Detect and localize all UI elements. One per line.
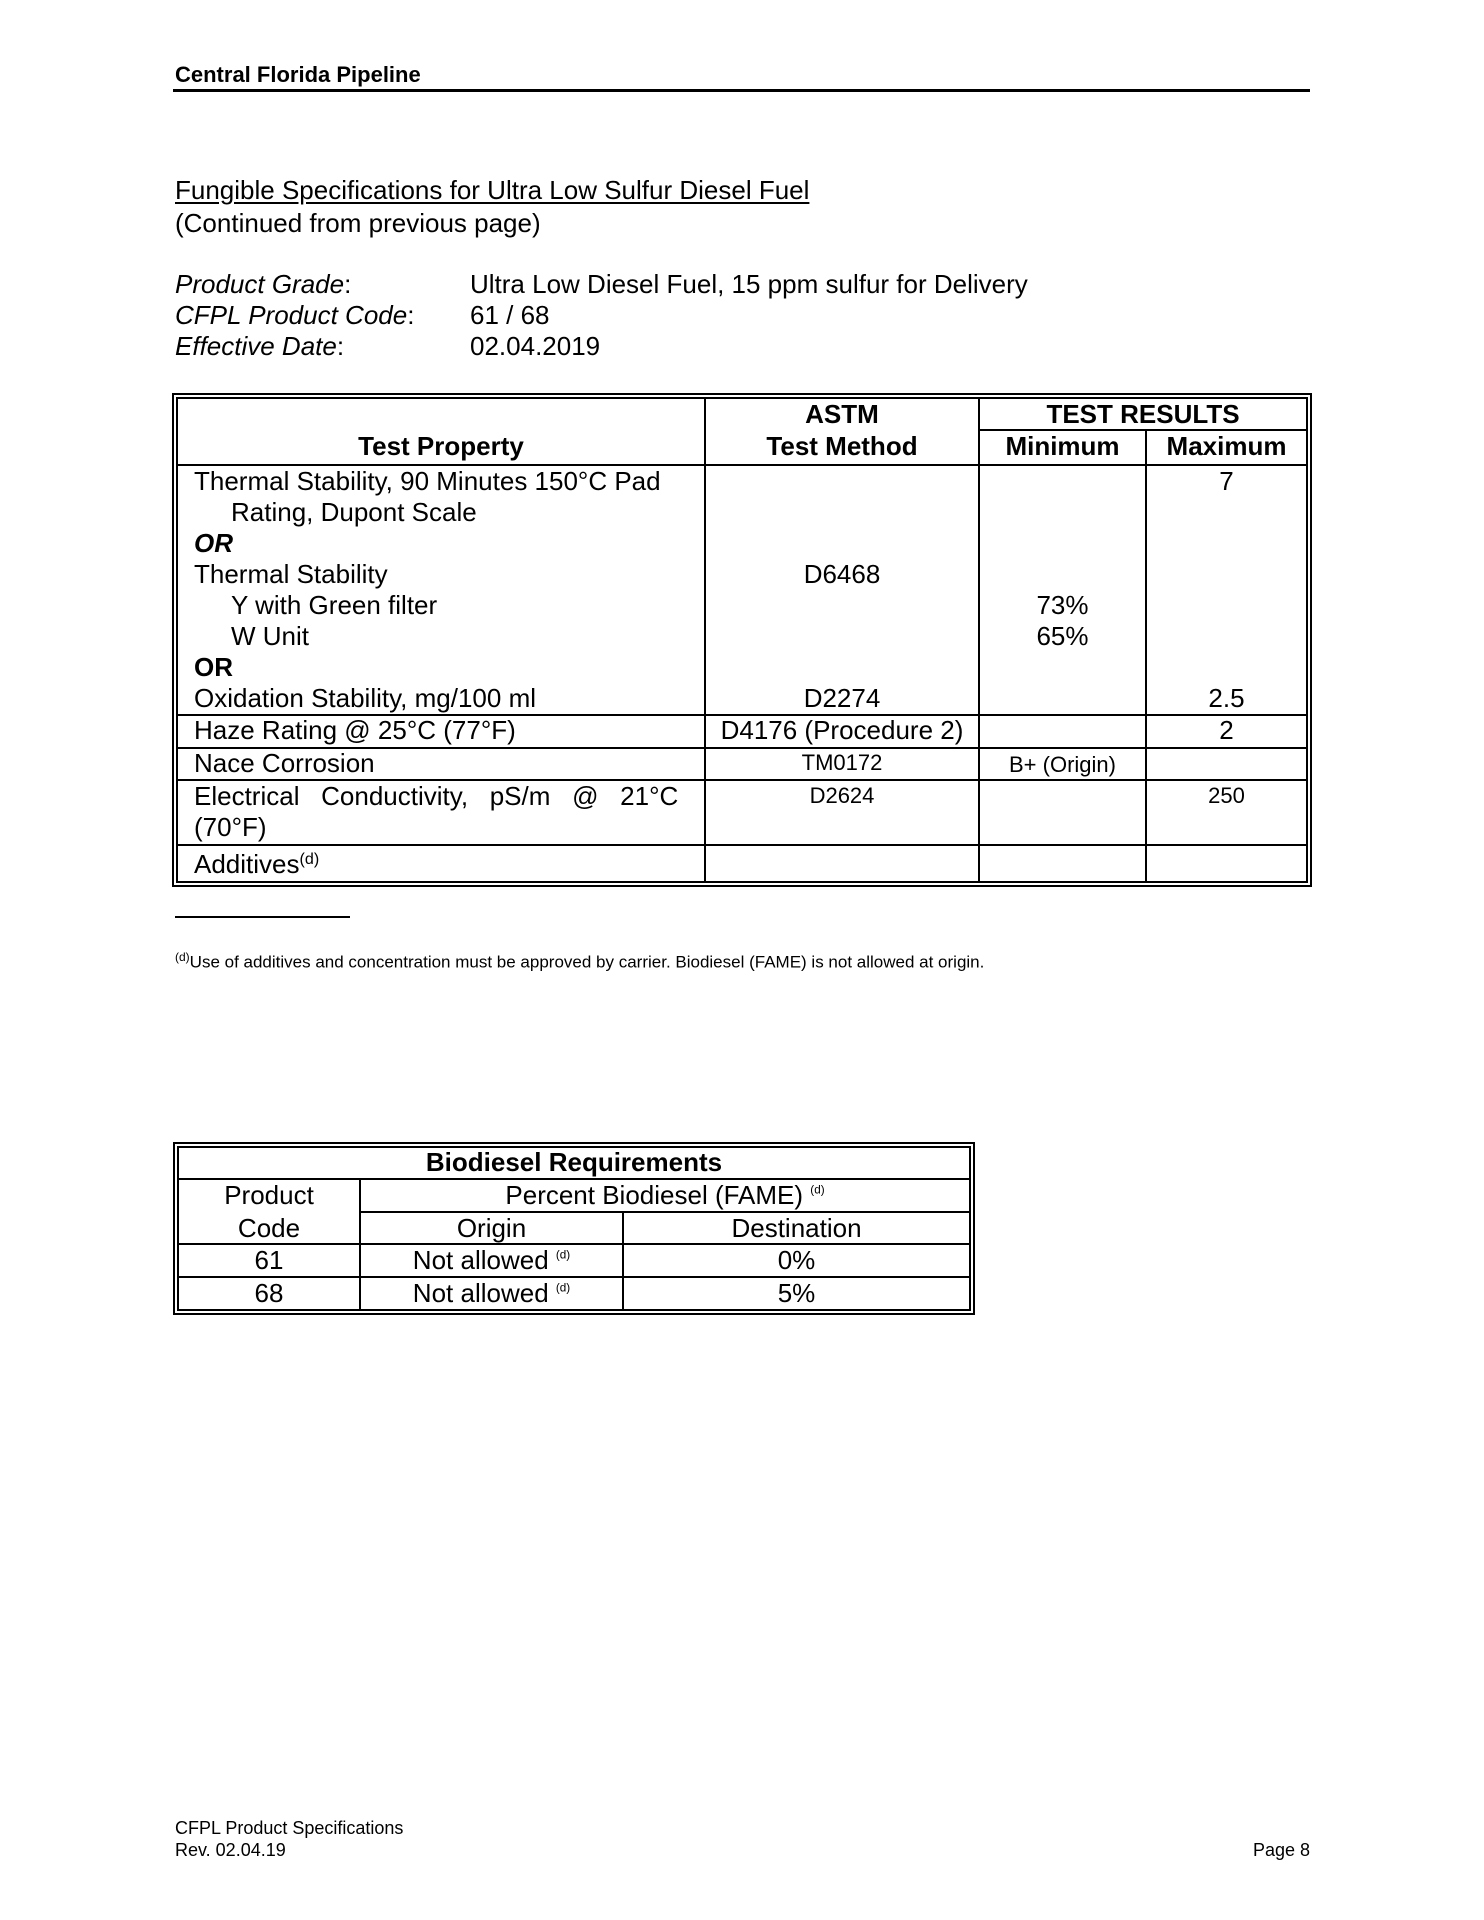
- property-text: W Unit: [231, 621, 309, 652]
- footnote: (d)Use of additives and concentration mu…: [175, 950, 984, 973]
- header-test-results: TEST RESULTS: [980, 399, 1306, 430]
- table-border: [173, 1313, 975, 1315]
- header-text: Percent Biodiesel (FAME): [505, 1180, 803, 1210]
- page-number: Page 8: [1250, 1840, 1310, 1861]
- property-text: Y with Green filter: [231, 590, 437, 621]
- header-rule: [173, 89, 1310, 92]
- meta-value: Ultra Low Diesel Fuel, 15 ppm sulfur for…: [470, 269, 1028, 300]
- maximum-value: 7: [1147, 466, 1306, 497]
- footnote-ref: (d): [300, 850, 320, 868]
- column-divider: [1145, 430, 1147, 883]
- table-border: [172, 393, 1312, 395]
- origin-value: Not allowed (d): [361, 1245, 622, 1276]
- header-maximum: Maximum: [1147, 431, 1306, 462]
- method-value: D6468: [706, 559, 978, 590]
- footnote-ref: (d): [810, 1183, 824, 1196]
- property-text: Rating, Dupont Scale: [231, 497, 477, 528]
- table-border: [973, 1142, 975, 1315]
- destination-value: 5%: [624, 1278, 969, 1309]
- origin-text: Not allowed: [413, 1278, 549, 1308]
- footnote-ref: (d): [556, 1281, 570, 1294]
- property-text: (70°F): [194, 812, 267, 843]
- company-header: Central Florida Pipeline: [175, 62, 421, 88]
- method-value: TM0172: [706, 747, 978, 778]
- minimum-value: 65%: [980, 621, 1145, 652]
- property-text: Electrical Conductivity, pS/m @ 21°C: [194, 781, 694, 812]
- product-code: 61: [179, 1245, 359, 1276]
- destination-value: 0%: [624, 1245, 969, 1276]
- meta-value: 61 / 68: [470, 300, 550, 331]
- header-astm: ASTM: [706, 399, 978, 430]
- document-title: Fungible Specifications for Ultra Low Su…: [175, 175, 809, 206]
- header-test-property: Test Property: [178, 431, 704, 462]
- method-value: D4176 (Procedure 2): [706, 715, 978, 746]
- or-separator: OR: [194, 652, 233, 683]
- minimum-value: B+ (Origin): [980, 749, 1145, 780]
- method-value: D2624: [706, 780, 978, 811]
- header-test-method: Test Method: [706, 431, 978, 462]
- row-divider: [176, 844, 1308, 846]
- or-separator: OR: [194, 528, 233, 559]
- property-text: Thermal Stability: [194, 559, 388, 590]
- biodiesel-title: Biodiesel Requirements: [179, 1147, 969, 1178]
- property-additives: Additives(d): [194, 849, 319, 880]
- document-subtitle: (Continued from previous page): [175, 208, 541, 239]
- header-percent-biodiesel: Percent Biodiesel (FAME) (d): [361, 1180, 969, 1211]
- table-border: [172, 885, 1312, 887]
- table-border: [176, 397, 178, 883]
- header-minimum: Minimum: [980, 431, 1145, 462]
- footnote-text: Use of additives and concentration must …: [190, 953, 985, 972]
- property-text: Oxidation Stability, mg/100 ml: [194, 683, 536, 714]
- origin-value: Not allowed (d): [361, 1278, 622, 1309]
- table-border: [176, 881, 1308, 883]
- property-text: Thermal Stability, 90 Minutes 150°C Pad: [194, 466, 661, 497]
- product-code: 68: [179, 1278, 359, 1309]
- table-border: [1310, 393, 1312, 887]
- footnote-ref: (d): [556, 1248, 570, 1261]
- meta-value: 02.04.2019: [470, 331, 600, 362]
- header-code: Code: [179, 1213, 359, 1244]
- table-border: [172, 393, 174, 887]
- table-border: [1306, 397, 1308, 883]
- header-product: Product: [179, 1180, 359, 1211]
- maximum-value: 2.5: [1147, 683, 1306, 714]
- maximum-value: 2: [1147, 715, 1306, 746]
- table-border: [173, 1142, 975, 1144]
- minimum-value: 73%: [980, 590, 1145, 621]
- table-border: [177, 1309, 971, 1311]
- meta-label: Product Grade: [175, 269, 344, 299]
- header-destination: Destination: [624, 1213, 969, 1244]
- footnote-rule: [175, 916, 350, 918]
- header-origin: Origin: [361, 1213, 622, 1244]
- table-border: [969, 1146, 971, 1311]
- property-text: Nace Corrosion: [194, 748, 375, 779]
- property-text: Additives: [194, 849, 300, 879]
- method-value: D2274: [706, 683, 978, 714]
- property-text: Haze Rating @ 25°C (77°F): [194, 715, 516, 746]
- maximum-value: 250: [1147, 780, 1306, 811]
- table-border: [173, 1142, 175, 1315]
- footnote-marker: (d): [175, 950, 190, 964]
- meta-label: Effective Date: [175, 331, 337, 361]
- origin-text: Not allowed: [413, 1245, 549, 1275]
- footer-doc-name: CFPL Product Specifications: [175, 1818, 403, 1839]
- meta-label: CFPL Product Code: [175, 300, 407, 330]
- footer-revision: Rev. 02.04.19: [175, 1840, 286, 1861]
